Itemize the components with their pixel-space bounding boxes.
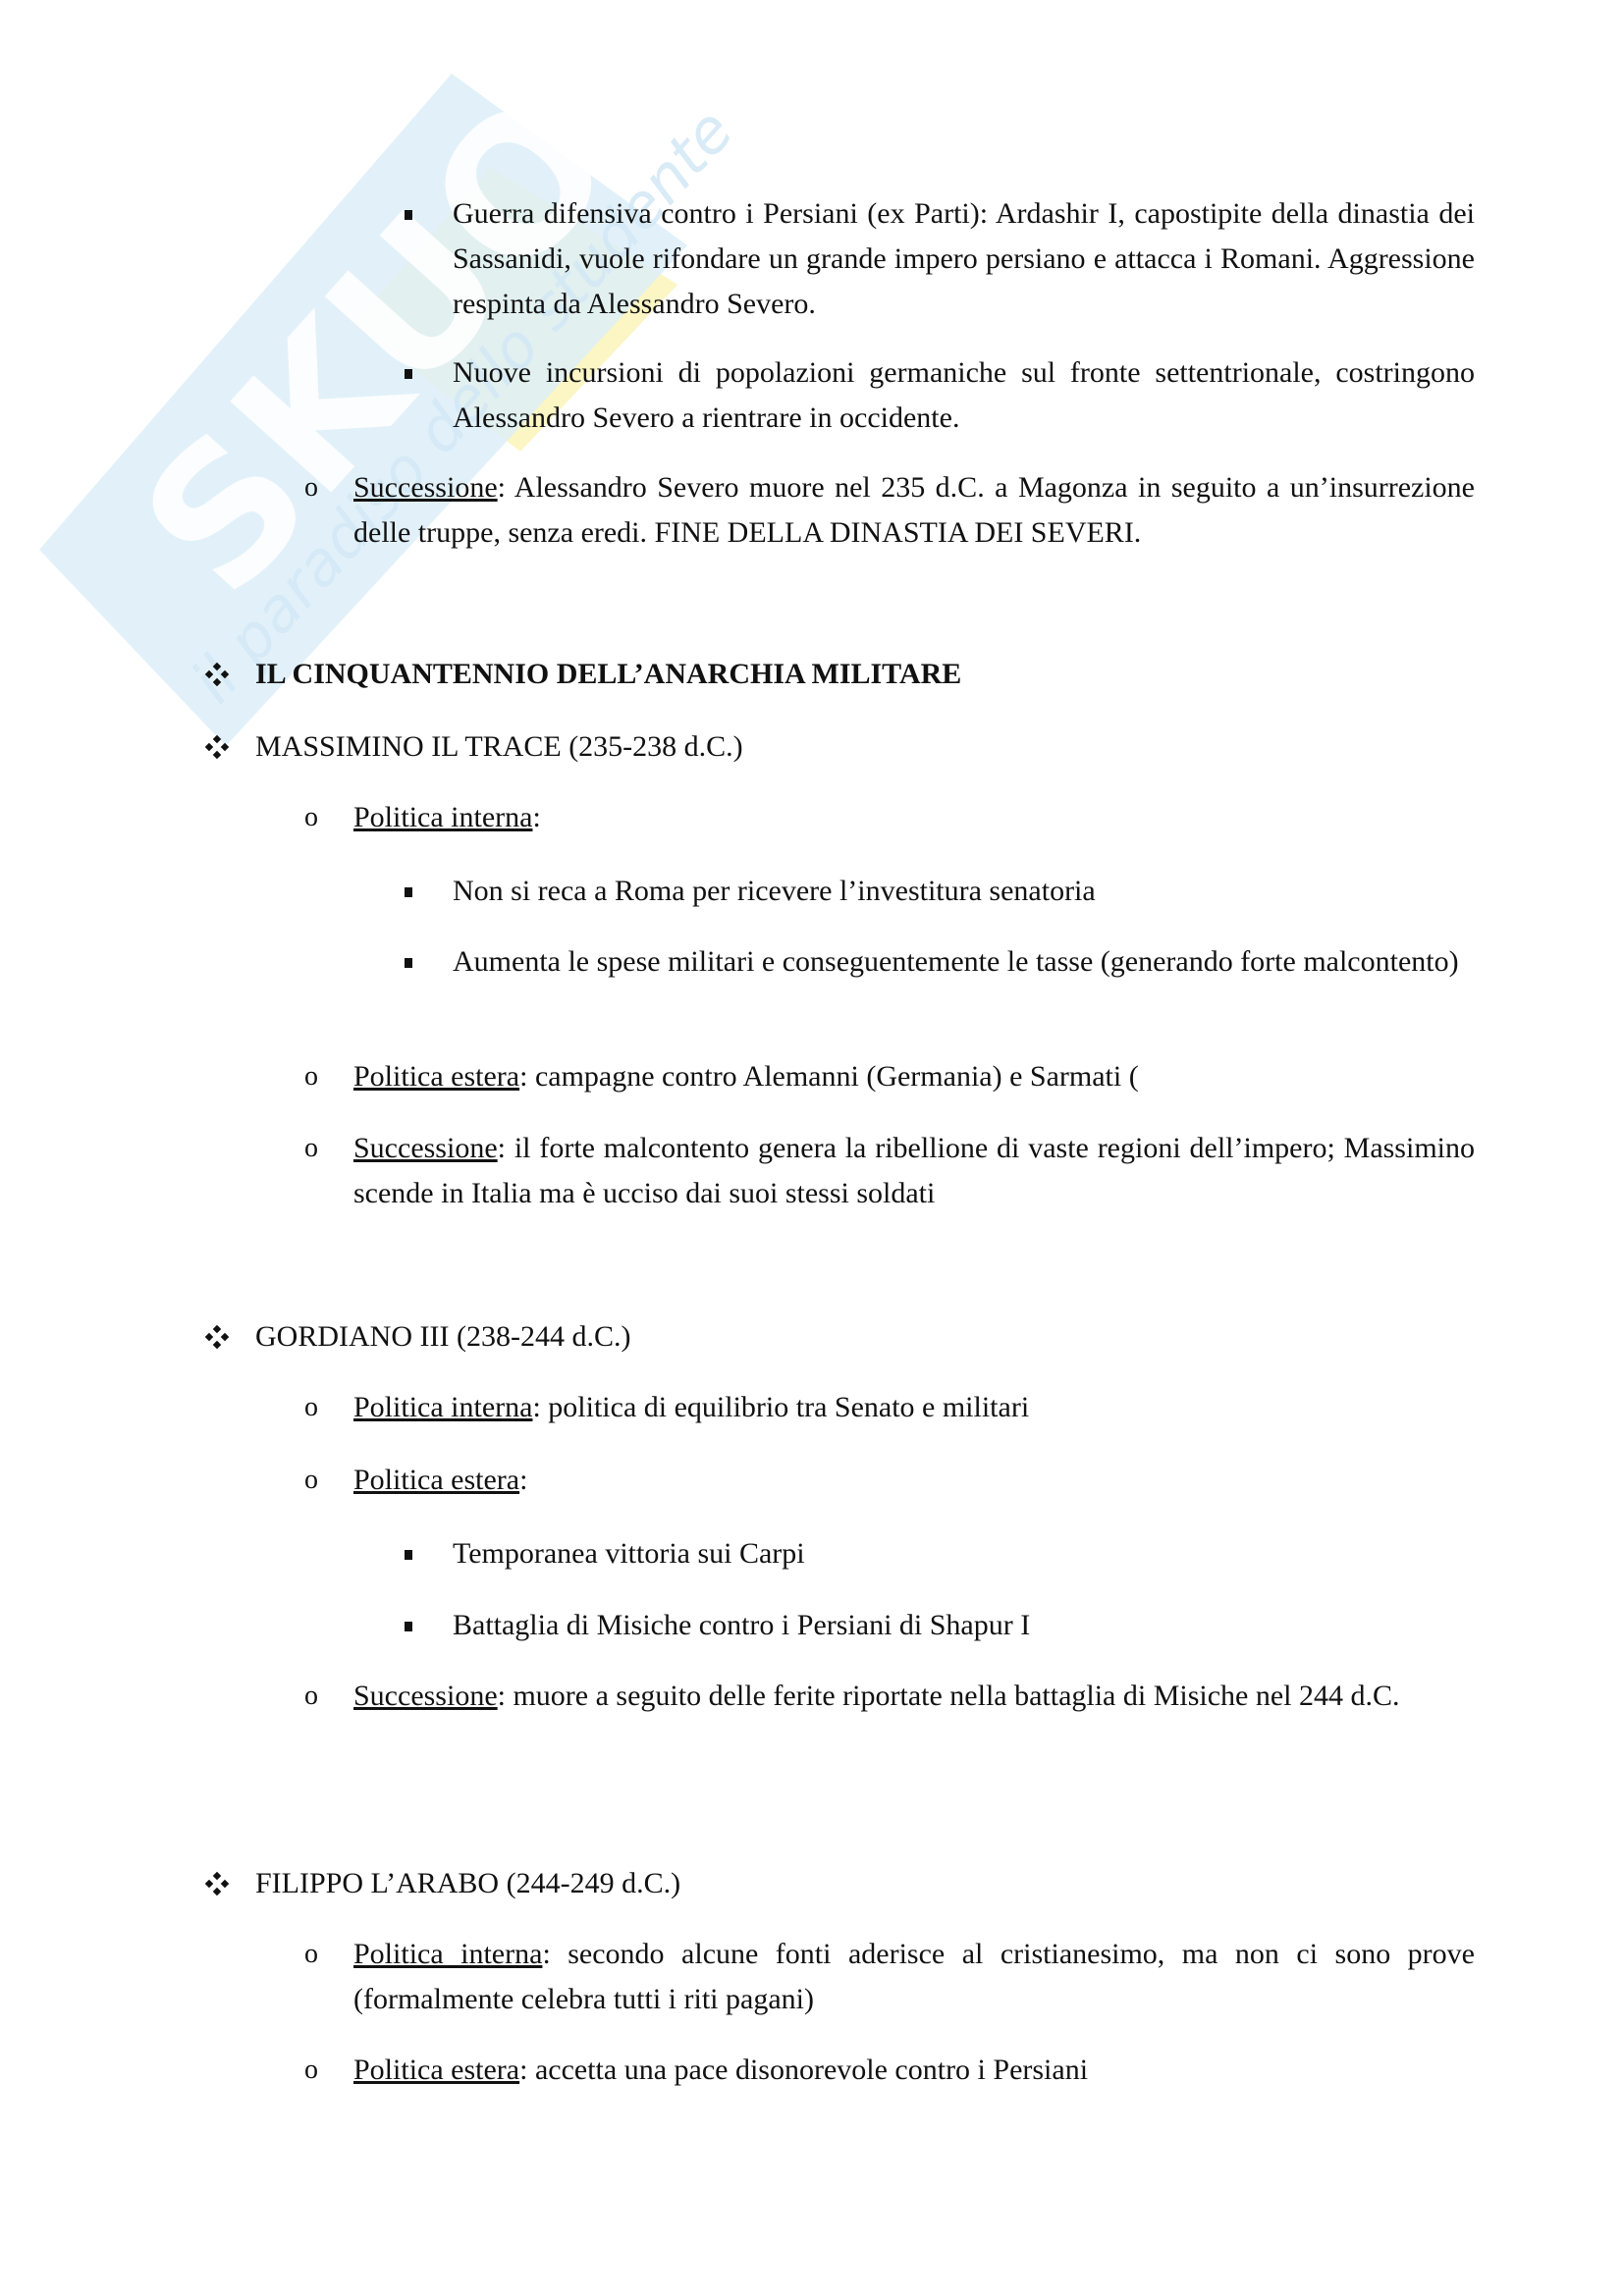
item-body: FILIPPO L’ARABO (244-249 d.C.)	[255, 1867, 680, 1899]
item-text: Politica interna: secondo alcune fonti a…	[353, 1932, 1475, 2022]
item-text: Guerra difensiva contro i Persiani (ex P…	[453, 191, 1475, 327]
item-body: : Alessandro Severo muore nel 235 d.C. a…	[353, 471, 1475, 549]
hollow-o-bullet-icon: o	[304, 1054, 318, 1099]
list-item: oPolitica estera:	[304, 1458, 1475, 1503]
item-text: MASSIMINO IL TRACE (235-238 d.C.)	[255, 724, 1475, 770]
item-body: Non si reca a Roma per ricevere l’invest…	[453, 875, 1096, 907]
item-label: Successione	[353, 1680, 498, 1712]
list-item: oPolitica estera: accetta una pace dison…	[304, 2048, 1475, 2093]
section-heading: FILIPPO L’ARABO (244-249 d.C.)	[206, 1861, 1475, 1906]
item-label: Politica interna	[353, 1938, 542, 1970]
list-item: oSuccessione: il forte malcontento gener…	[304, 1126, 1475, 1216]
item-label: Politica interna	[353, 801, 532, 833]
item-body: :	[532, 801, 540, 833]
item-body: : muore a seguito delle ferite riportate…	[498, 1680, 1400, 1712]
sub-list-item: Aumenta le spese militari e conseguentem…	[405, 939, 1475, 985]
section-heading: GORDIANO III (238-244 d.C.)	[206, 1314, 1475, 1360]
square-bullet-icon	[405, 939, 412, 985]
hollow-o-bullet-icon: o	[304, 1458, 318, 1503]
item-body: GORDIANO III (238-244 d.C.)	[255, 1320, 630, 1353]
item-text: Politica interna:	[353, 795, 1475, 840]
section-heading: IL CINQUANTENNIO DELL’ANARCHIA MILITARE	[206, 652, 1475, 697]
square-bullet-icon	[405, 191, 412, 237]
sub-list-item: Non si reca a Roma per ricevere l’invest…	[405, 869, 1475, 914]
hollow-o-bullet-icon: o	[304, 2048, 318, 2093]
item-label: Successione	[353, 471, 498, 504]
item-body: : accetta una pace disonorevole contro i…	[519, 2054, 1088, 2086]
item-text: Temporanea vittoria sui Carpi	[453, 1531, 1475, 1576]
list-item: oPolitica estera: campagne contro Aleman…	[304, 1054, 1475, 1099]
item-text: Aumenta le spese militari e conseguentem…	[453, 939, 1475, 985]
item-text: Politica estera: accetta una pace disono…	[353, 2048, 1475, 2093]
item-text: Politica estera: campagne contro Alemann…	[353, 1054, 1475, 1099]
document-page: SKUOLA il paradiso dello studente Guerra…	[0, 0, 1623, 2296]
item-text: Nuove incursioni di popolazioni germanic…	[453, 350, 1475, 441]
item-text: IL CINQUANTENNIO DELL’ANARCHIA MILITARE	[255, 652, 1475, 697]
item-text: FILIPPO L’ARABO (244-249 d.C.)	[255, 1861, 1475, 1906]
item-label: Politica estera	[353, 2054, 519, 2086]
item-body: : campagne contro Alemanni (Germania) e …	[519, 1060, 1139, 1093]
hollow-o-bullet-icon: o	[304, 795, 318, 840]
item-body: Guerra difensiva contro i Persiani (ex P…	[453, 197, 1475, 320]
item-text: Battaglia di Misiche contro i Persiani d…	[453, 1603, 1475, 1648]
item-body: : politica di equilibrio tra Senato e mi…	[532, 1391, 1029, 1423]
item-text: Successione: il forte malcontento genera…	[353, 1126, 1475, 1216]
square-bullet-icon	[405, 350, 412, 396]
sub-list-item: Battaglia di Misiche contro i Persiani d…	[405, 1603, 1475, 1648]
list-item: oSuccessione: Alessandro Severo muore ne…	[304, 465, 1475, 556]
sub-list-item: Nuove incursioni di popolazioni germanic…	[405, 350, 1475, 441]
item-body: Nuove incursioni di popolazioni germanic…	[453, 356, 1475, 434]
item-label: Politica estera	[353, 1464, 519, 1496]
four-diamond-icon	[206, 724, 228, 774]
four-diamond-icon	[206, 1861, 228, 1910]
item-body: Battaglia di Misiche contro i Persiani d…	[453, 1609, 1030, 1641]
square-bullet-icon	[405, 1603, 412, 1648]
hollow-o-bullet-icon: o	[304, 1126, 318, 1171]
square-bullet-icon	[405, 869, 412, 914]
item-body: :	[519, 1464, 527, 1496]
list-item: oPolitica interna: politica di equilibri…	[304, 1385, 1475, 1430]
sub-list-item: Guerra difensiva contro i Persiani (ex P…	[405, 191, 1475, 327]
hollow-o-bullet-icon: o	[304, 1674, 318, 1719]
item-text: Successione: Alessandro Severo muore nel…	[353, 465, 1475, 556]
item-body: MASSIMINO IL TRACE (235-238 d.C.)	[255, 730, 743, 763]
item-body: IL CINQUANTENNIO DELL’ANARCHIA MILITARE	[255, 658, 961, 690]
item-text: GORDIANO III (238-244 d.C.)	[255, 1314, 1475, 1360]
four-diamond-icon	[206, 1314, 228, 1363]
section-heading: MASSIMINO IL TRACE (235-238 d.C.)	[206, 724, 1475, 770]
item-text: Non si reca a Roma per ricevere l’invest…	[453, 869, 1475, 914]
item-label: Politica estera	[353, 1060, 519, 1093]
hollow-o-bullet-icon: o	[304, 1932, 318, 1977]
item-body: Aumenta le spese militari e conseguentem…	[453, 945, 1459, 978]
hollow-o-bullet-icon: o	[304, 465, 318, 510]
item-label: Successione	[353, 1132, 498, 1164]
sub-list-item: Temporanea vittoria sui Carpi	[405, 1531, 1475, 1576]
item-label: Politica interna	[353, 1391, 532, 1423]
item-text: Politica estera:	[353, 1458, 1475, 1503]
item-text: Politica interna: politica di equilibrio…	[353, 1385, 1475, 1430]
square-bullet-icon	[405, 1531, 412, 1576]
hollow-o-bullet-icon: o	[304, 1385, 318, 1430]
four-diamond-icon	[206, 652, 228, 701]
item-body: Temporanea vittoria sui Carpi	[453, 1537, 805, 1570]
list-item: oSuccessione: muore a seguito delle feri…	[304, 1674, 1475, 1719]
list-item: oPolitica interna:	[304, 795, 1475, 840]
list-item: oPolitica interna: secondo alcune fonti …	[304, 1932, 1475, 2022]
item-body: : il forte malcontento genera la ribelli…	[353, 1132, 1475, 1209]
item-text: Successione: muore a seguito delle ferit…	[353, 1674, 1475, 1719]
